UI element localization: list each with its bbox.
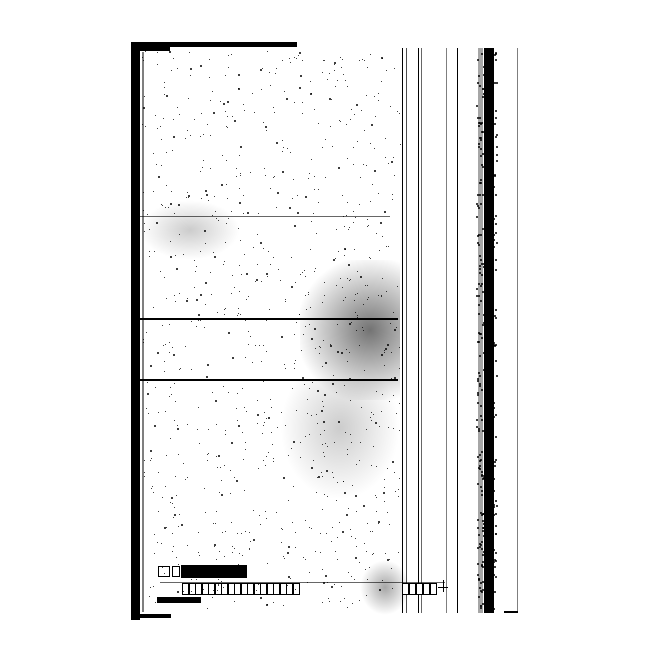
noise-speck [495, 117, 497, 119]
noise-speck [384, 501, 385, 502]
noise-speck [367, 285, 368, 286]
noise-speck [496, 146, 498, 148]
noise-speck [386, 291, 387, 292]
noise-speck [343, 74, 344, 75]
noise-speck [489, 323, 491, 325]
noise-speck [492, 542, 494, 544]
noise-speck [267, 604, 268, 605]
noise-speck [190, 68, 192, 70]
noise-speck [482, 478, 484, 480]
noise-speck [484, 319, 486, 321]
noise-speck [273, 458, 274, 459]
noise-speck [234, 120, 236, 122]
noise-speck [146, 408, 147, 409]
noise-speck [487, 192, 489, 194]
noise-speck [216, 218, 217, 219]
noise-speck [363, 505, 365, 507]
noise-speck [177, 68, 178, 69]
noise-speck [347, 86, 348, 87]
noise-speck [495, 136, 497, 138]
noise-speck [275, 73, 276, 74]
noise-speck [331, 99, 332, 100]
noise-speck [227, 101, 229, 103]
noise-speck [205, 512, 206, 513]
noise-speck [350, 400, 351, 401]
noise-speck [245, 449, 246, 450]
noise-speck [210, 272, 211, 273]
noise-speck [237, 393, 238, 394]
noise-speck [495, 500, 497, 502]
noise-speck [216, 511, 217, 512]
noise-speck [244, 254, 245, 255]
noise-speck [394, 68, 395, 69]
noise-speck [337, 537, 338, 538]
noise-speck [241, 274, 242, 275]
noise-speck [175, 301, 176, 302]
noise-speck [482, 527, 484, 529]
noise-speck [242, 555, 243, 556]
noise-speck [485, 165, 487, 167]
noise-speck [347, 454, 348, 455]
noise-speck [311, 159, 312, 160]
noise-speck [392, 199, 393, 200]
noise-speck [486, 586, 488, 588]
noise-speck [188, 195, 190, 197]
noise-speck [355, 294, 356, 295]
noise-speck [478, 372, 480, 374]
noise-speck [488, 285, 490, 287]
noise-speck [266, 456, 267, 457]
noise-speck [292, 198, 293, 199]
noise-speck [194, 287, 195, 288]
noise-speck [225, 308, 226, 309]
noise-speck [157, 52, 158, 53]
noise-speck [355, 495, 357, 497]
noise-speck [239, 188, 240, 189]
noise-speck [371, 412, 372, 413]
noise-speck [478, 295, 480, 297]
noise-speck [345, 249, 346, 250]
noise-speck [174, 383, 175, 384]
noise-speck [162, 325, 163, 326]
noise-speck [265, 465, 266, 466]
noise-speck [324, 394, 326, 396]
noise-speck [225, 434, 226, 435]
noise-speck [305, 196, 307, 198]
noise-speck [267, 276, 268, 277]
noise-speck [331, 586, 333, 588]
noise-speck [325, 575, 327, 577]
noise-speck [165, 486, 166, 487]
noise-speck [189, 52, 190, 53]
noise-speck [262, 433, 263, 434]
noise-speck [215, 523, 216, 524]
noise-speck [342, 195, 343, 196]
noise-speck [255, 281, 256, 282]
noise-speck [322, 509, 323, 510]
noise-speck [231, 293, 232, 294]
noise-speck [327, 79, 328, 80]
noise-speck [493, 407, 495, 409]
noise-speck [351, 576, 352, 577]
noise-speck [220, 101, 221, 102]
noise-speck [340, 601, 341, 602]
footer-box [430, 583, 437, 595]
noise-speck [232, 546, 233, 547]
noise-speck [308, 294, 309, 295]
noise-speck [495, 360, 497, 362]
noise-speck [484, 266, 486, 268]
noise-speck [239, 265, 240, 266]
noise-speck [154, 553, 155, 554]
noise-speck [486, 244, 488, 246]
noise-speck [281, 336, 283, 338]
noise-speck [315, 551, 316, 552]
noise-speck [495, 194, 497, 196]
noise-speck [276, 207, 277, 208]
noise-speck [171, 70, 172, 71]
noise-speck [276, 512, 277, 513]
noise-speck [174, 420, 175, 421]
noise-speck [324, 60, 325, 61]
noise-speck [225, 242, 226, 243]
noise-speck [494, 465, 496, 467]
noise-speck [484, 422, 486, 424]
noise-speck [495, 232, 497, 234]
noise-speck [199, 555, 200, 556]
noise-speck [166, 455, 167, 456]
noise-speck [171, 497, 173, 499]
noise-speck [210, 135, 211, 136]
noise-speck [487, 409, 489, 411]
noise-speck [482, 603, 484, 605]
noise-speck [149, 256, 150, 257]
noise-speck [331, 541, 332, 542]
noise-speck [282, 529, 283, 530]
noise-speck [495, 223, 497, 225]
noise-speck [488, 407, 490, 409]
noise-speck [191, 591, 192, 592]
noise-speck [245, 531, 246, 532]
noise-speck [265, 126, 267, 128]
noise-speck [487, 420, 489, 422]
noise-speck [172, 567, 173, 568]
noise-speck [378, 295, 379, 296]
noise-speck [161, 543, 162, 544]
noise-speck [197, 429, 198, 430]
noise-speck [158, 176, 160, 178]
noise-speck [266, 130, 267, 131]
noise-speck [294, 225, 296, 227]
noise-speck [480, 459, 482, 461]
noise-speck [342, 59, 343, 60]
noise-speck [170, 502, 171, 503]
noise-speck [209, 77, 210, 78]
noise-speck [223, 103, 225, 105]
noise-speck [482, 530, 484, 532]
noise-speck [380, 222, 382, 224]
noise-speck [166, 95, 168, 97]
vline-4 [421, 48, 422, 613]
noise-speck [295, 282, 296, 283]
noise-speck [246, 273, 248, 275]
noise-speck [260, 69, 262, 71]
noise-speck [496, 82, 498, 84]
noise-speck [240, 175, 241, 176]
noise-speck [234, 601, 235, 602]
noise-speck [172, 551, 173, 552]
noise-speck [495, 259, 497, 261]
noise-speck [228, 392, 229, 393]
noise-speck [249, 532, 250, 533]
noise-speck [482, 561, 484, 563]
noise-speck [356, 464, 357, 465]
noise-speck [238, 74, 240, 76]
noise-speck [296, 322, 297, 323]
noise-speck [221, 184, 223, 186]
noise-speck [372, 554, 373, 555]
noise-speck [378, 193, 379, 194]
noise-speck [398, 496, 399, 497]
noise-speck [163, 118, 164, 119]
noise-speck [255, 345, 256, 346]
noise-speck [354, 114, 355, 115]
noise-speck [208, 200, 209, 201]
noise-speck [485, 374, 487, 376]
noise-speck [200, 65, 202, 67]
noise-speck [273, 177, 274, 178]
noise-speck [266, 518, 267, 519]
noise-speck [384, 479, 385, 480]
noise-speck [299, 87, 301, 89]
noise-speck [335, 551, 336, 552]
noise-speck [267, 51, 268, 52]
noise-speck [356, 330, 357, 331]
noise-speck [269, 309, 270, 310]
noise-speck [493, 218, 495, 220]
noise-speck [309, 572, 310, 573]
noise-speck [381, 411, 382, 412]
noise-speck [492, 470, 494, 472]
noise-speck [149, 251, 150, 252]
noise-speck [224, 556, 225, 557]
noise-speck [259, 345, 260, 346]
noise-speck [198, 314, 200, 316]
noise-speck [253, 247, 254, 248]
noise-speck [295, 360, 296, 361]
noise-speck [218, 594, 219, 595]
noise-speck [176, 557, 177, 558]
noise-speck [216, 559, 217, 560]
noise-speck [393, 157, 394, 158]
noise-speck [382, 278, 383, 279]
noise-speck [490, 77, 492, 79]
noise-speck [240, 240, 241, 241]
noise-speck [207, 460, 208, 461]
noise-speck [382, 236, 383, 237]
noise-speck [258, 468, 259, 469]
noise-speck [287, 148, 288, 149]
noise-speck [476, 419, 478, 421]
noise-speck [320, 552, 321, 553]
noise-speck [493, 402, 495, 404]
noise-speck [175, 401, 176, 402]
noise-speck [489, 455, 491, 457]
noise-speck [231, 572, 232, 573]
noise-speck [329, 601, 330, 602]
noise-speck [224, 309, 225, 310]
noise-speck [206, 194, 208, 196]
noise-speck [150, 450, 152, 452]
noise-speck [222, 532, 223, 533]
noise-speck [492, 257, 494, 259]
noise-speck [378, 93, 379, 94]
noise-speck [311, 338, 313, 340]
noise-speck [273, 107, 274, 108]
footer-box [402, 583, 409, 595]
noise-speck [179, 293, 180, 294]
noise-speck [179, 514, 180, 515]
noise-speck [485, 232, 487, 234]
noise-speck [340, 121, 341, 122]
noise-speck [179, 369, 180, 370]
noise-speck [483, 523, 485, 525]
noise-speck [376, 511, 377, 512]
noise-speck [323, 582, 325, 584]
noise-speck [477, 563, 479, 565]
noise-speck [311, 93, 312, 94]
noise-speck [213, 112, 215, 114]
noise-speck [196, 266, 197, 267]
noise-speck [352, 603, 353, 604]
noise-speck [221, 494, 223, 496]
noise-speck [151, 488, 152, 489]
noise-speck [150, 587, 151, 588]
noise-speck [492, 522, 494, 524]
noise-speck [179, 234, 180, 235]
noise-speck [337, 324, 338, 325]
noise-speck [478, 313, 480, 315]
noise-speck [285, 301, 286, 302]
noise-speck [228, 332, 230, 334]
noise-speck [389, 559, 390, 560]
noise-speck [387, 512, 388, 513]
noise-speck [225, 111, 226, 112]
noise-speck [231, 54, 232, 55]
noise-speck [236, 176, 237, 177]
noise-speck [169, 324, 170, 325]
noise-speck [263, 425, 264, 426]
noise-speck [373, 446, 374, 447]
noise-speck [177, 425, 178, 426]
noise-speck [313, 460, 314, 461]
noise-speck [491, 512, 493, 514]
noise-speck [165, 344, 166, 345]
footer-small-row [157, 597, 201, 603]
noise-speck [224, 465, 225, 466]
noise-speck [494, 175, 496, 177]
noise-speck [367, 219, 368, 220]
noise-speck [295, 589, 296, 590]
noise-speck [271, 407, 272, 408]
noise-speck [322, 302, 323, 303]
noise-speck [239, 202, 241, 204]
noise-speck [479, 122, 481, 124]
noise-speck [187, 130, 188, 131]
noise-speck [391, 352, 392, 353]
noise-speck [483, 74, 485, 76]
noise-speck [492, 139, 494, 141]
noise-speck [490, 341, 492, 343]
noise-speck [245, 442, 246, 443]
noise-speck [486, 504, 488, 506]
noise-speck [273, 257, 274, 258]
noise-speck [222, 155, 223, 156]
noise-speck [348, 229, 349, 230]
noise-speck [488, 377, 490, 379]
noise-speck [257, 264, 258, 265]
noise-speck [238, 313, 239, 314]
noise-speck [280, 280, 281, 281]
noise-speck [238, 308, 239, 309]
noise-speck [281, 542, 282, 543]
noise-speck [376, 466, 377, 467]
noise-speck [213, 252, 214, 253]
noise-speck [317, 477, 318, 478]
noise-speck [493, 478, 495, 480]
noise-speck [487, 60, 489, 62]
noise-speck [483, 93, 485, 95]
noise-speck [480, 415, 482, 417]
noise-speck [367, 299, 368, 300]
noise-speck [201, 198, 202, 199]
noise-speck [367, 67, 368, 68]
noise-speck [174, 295, 175, 296]
noise-speck [147, 382, 148, 383]
noise-speck [495, 317, 497, 319]
noise-speck [381, 81, 382, 82]
noise-speck [351, 109, 352, 110]
noise-speck [256, 279, 258, 281]
noise-speck [242, 432, 243, 433]
noise-speck [164, 371, 165, 372]
noise-speck [211, 294, 212, 295]
noise-speck [346, 124, 347, 125]
noise-speck [216, 594, 217, 595]
noise-speck [480, 300, 482, 302]
noise-speck [170, 387, 171, 388]
noise-speck [323, 421, 325, 423]
noise-speck [302, 377, 304, 379]
noise-speck [297, 212, 299, 214]
noise-speck [302, 60, 303, 61]
noise-speck [394, 377, 396, 379]
noise-speck [268, 417, 270, 419]
noise-speck [274, 176, 275, 177]
noise-speck [270, 85, 271, 86]
noise-speck [483, 352, 485, 354]
noise-speck [481, 419, 483, 421]
noise-speck [398, 489, 399, 490]
noise-speck [309, 173, 310, 174]
noise-speck [226, 160, 227, 161]
noise-speck [225, 430, 226, 431]
noise-speck [389, 401, 390, 402]
noise-speck [322, 444, 323, 445]
noise-speck [334, 64, 335, 65]
noise-speck [164, 87, 165, 88]
noise-speck [313, 213, 314, 214]
